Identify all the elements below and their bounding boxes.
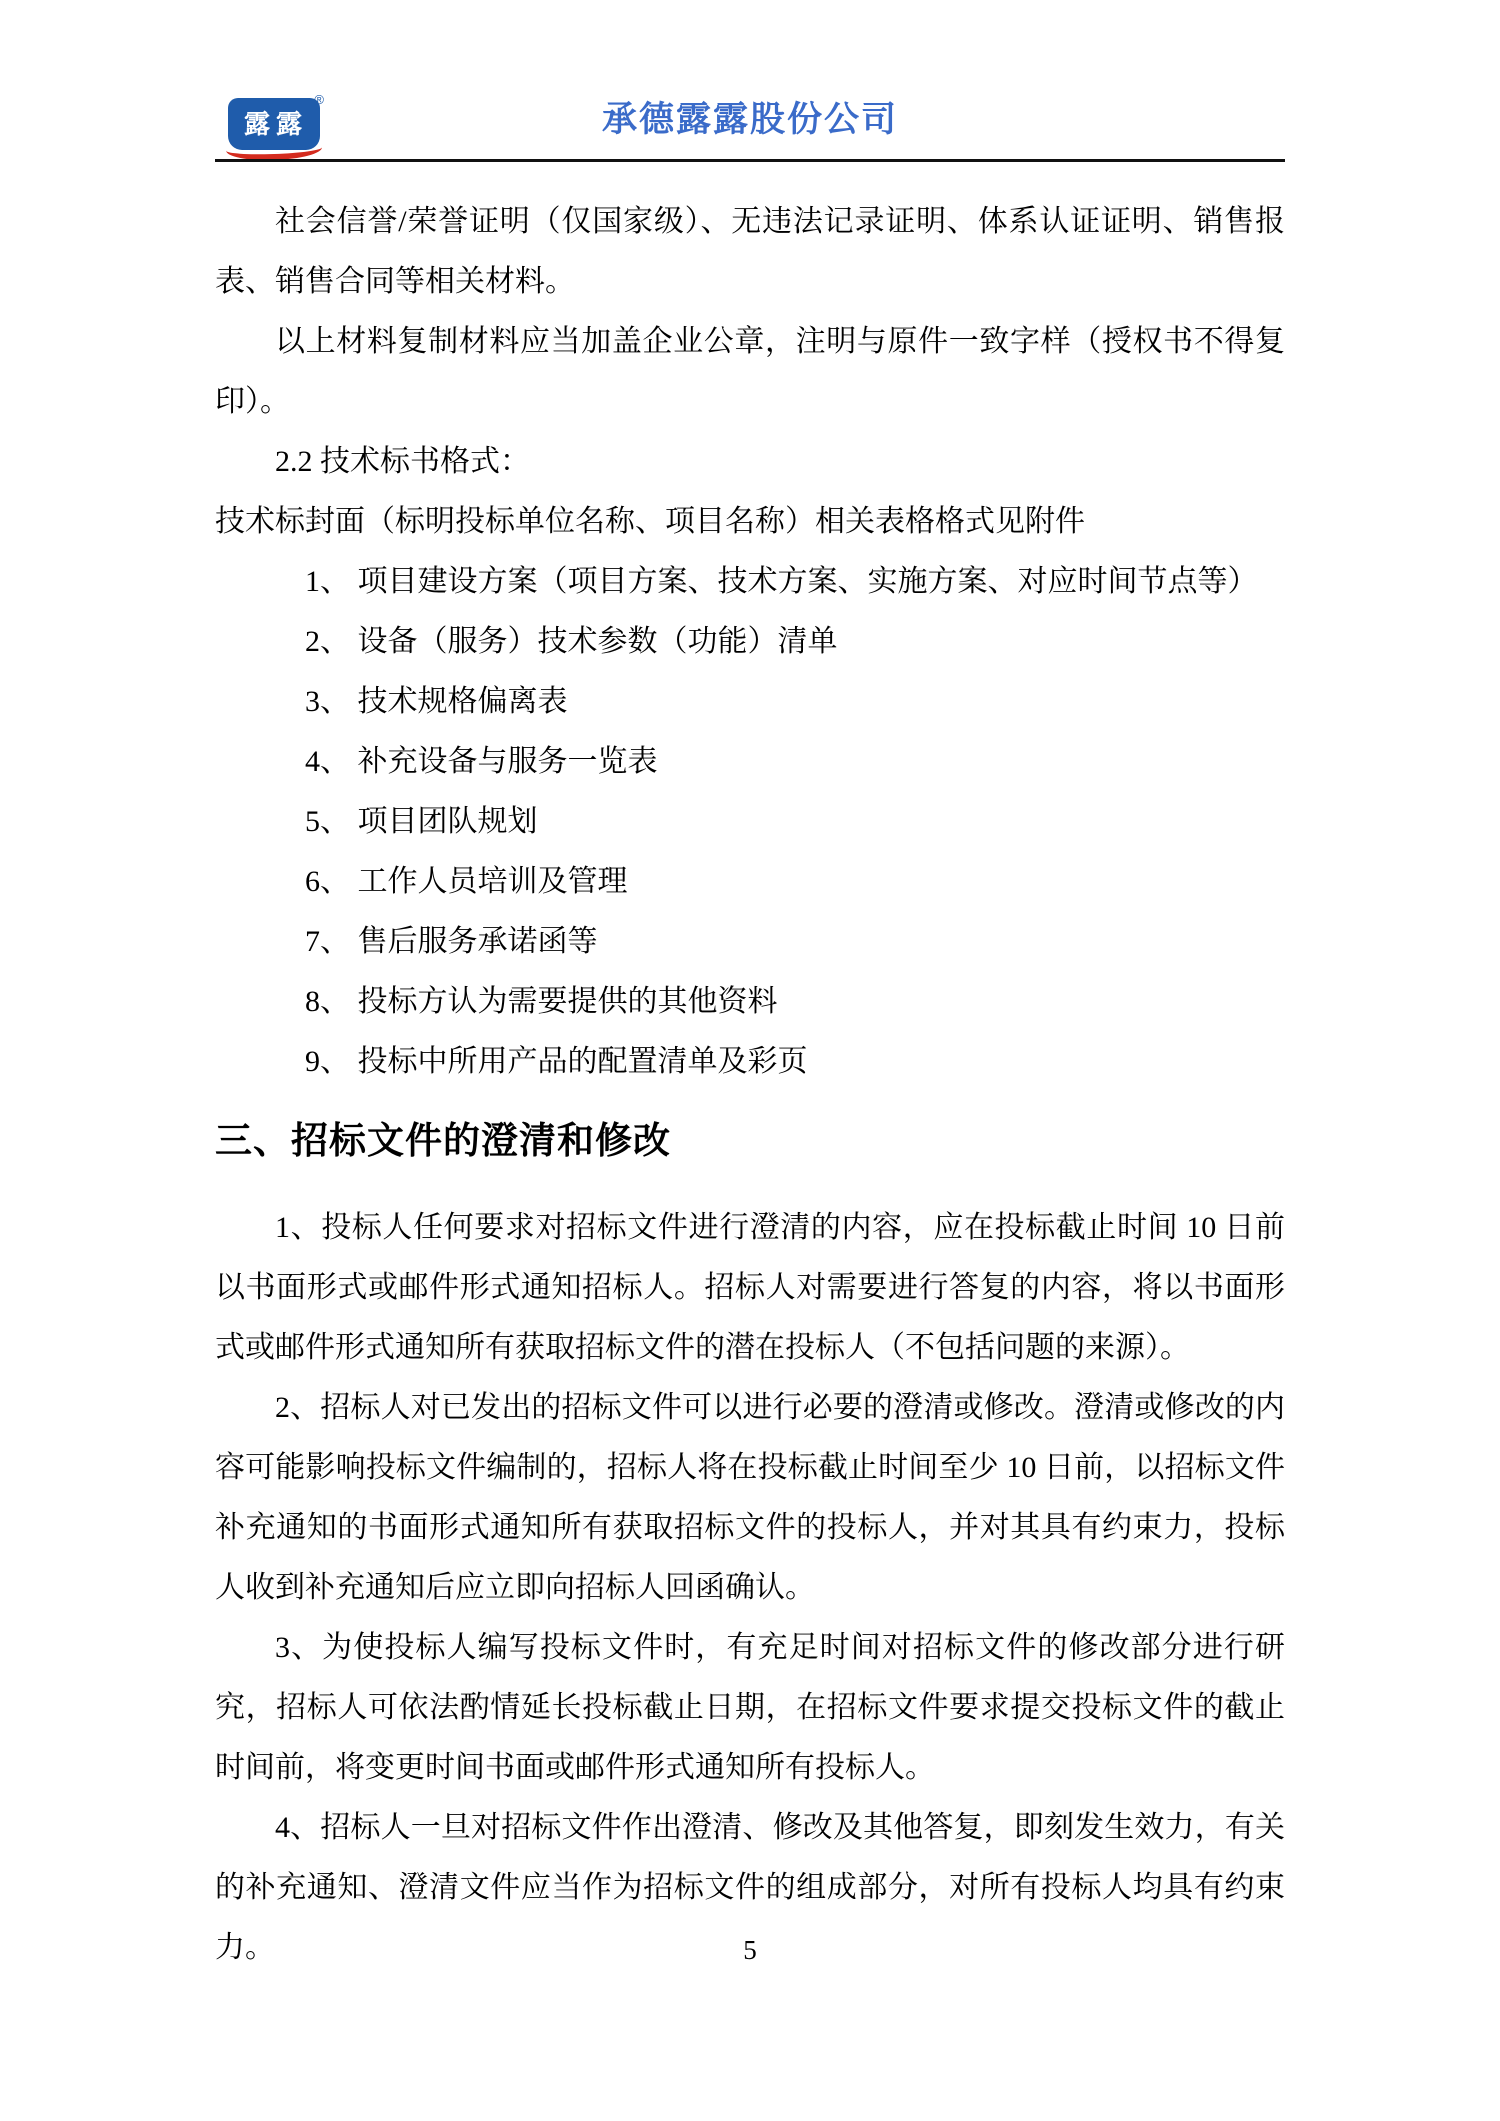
section-heading-clarification: 三、招标文件的澄清和修改 [215, 1118, 1285, 1164]
tech-list-item: 8、 投标方认为需要提供的其他资料 [305, 972, 1285, 1032]
document-body: 社会信誉/荣誉证明（仅国家级）、无违法记录证明、体系认证证明、销售报表、销售合同… [215, 162, 1285, 1978]
paragraph-materials: 社会信誉/荣誉证明（仅国家级）、无违法记录证明、体系认证证明、销售报表、销售合同… [215, 192, 1285, 312]
tech-list-item: 7、 售后服务承诺函等 [305, 912, 1285, 972]
tech-list-item: 4、 补充设备与服务一览表 [305, 732, 1285, 792]
tech-list-item: 1、 项目建设方案（项目方案、技术方案、实施方案、对应时间节点等） [305, 552, 1285, 612]
clause-paragraph: 3、为使投标人编写投标文件时，有充足时间对招标文件的修改部分进行研究，招标人可依… [215, 1618, 1285, 1798]
tech-list-item: 2、 设备（服务）技术参数（功能）清单 [305, 612, 1285, 672]
tech-list-item: 3、 技术规格偏离表 [305, 672, 1285, 732]
document-header: 露露 ® 承德露露股份公司 [0, 0, 1500, 162]
tech-list-item: 5、 项目团队规划 [305, 792, 1285, 852]
company-title: 承德露露股份公司 [0, 92, 1500, 142]
tech-list-item: 6、 工作人员培训及管理 [305, 852, 1285, 912]
tech-list-item: 9、 投标中所用产品的配置清单及彩页 [305, 1032, 1285, 1092]
tech-list: 1、 项目建设方案（项目方案、技术方案、实施方案、对应时间节点等） 2、 设备（… [215, 552, 1285, 1092]
paragraph-copy-seal: 以上材料复制材料应当加盖企业公章，注明与原件一致字样（授权书不得复印）。 [215, 312, 1285, 432]
paragraph-tech-cover: 技术标封面（标明投标单位名称、项目名称）相关表格格式见附件 [215, 492, 1285, 552]
page-number: 5 [0, 1935, 1500, 1966]
clause-paragraph: 2、招标人对已发出的招标文件可以进行必要的澄清或修改。澄清或修改的内容可能影响投… [215, 1378, 1285, 1618]
document-page: 露露 ® 承德露露股份公司 社会信誉/荣誉证明（仅国家级）、无违法记录证明、体系… [0, 0, 1500, 2121]
subheading-2-2: 2.2 技术标书格式： [215, 432, 1285, 492]
clause-paragraph: 1、投标人任何要求对招标文件进行澄清的内容，应在投标截止时间 10 日前以书面形… [215, 1198, 1285, 1378]
